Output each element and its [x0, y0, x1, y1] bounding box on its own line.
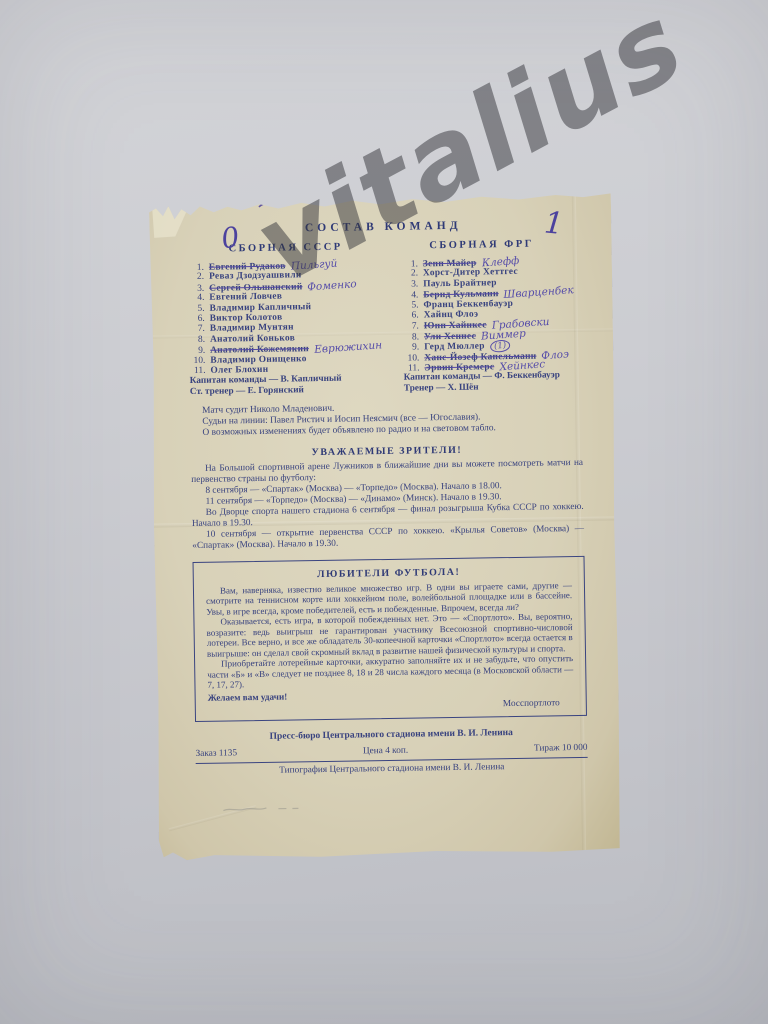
- roster-frg: 1.Зепп МайерКлефф2.Хорст-Дитер Хеттгес3.…: [402, 256, 582, 373]
- player-number: 7.: [189, 324, 205, 335]
- handwritten-substitution: Клефф: [481, 256, 519, 269]
- player-number: 6.: [189, 314, 205, 325]
- sportloto-box: ЛЮБИТЕЛИ ФУТБОЛА! Вам, наверняка, извест…: [193, 555, 587, 721]
- imprint-row: Заказ 1135 Цена 4 коп. Тираж 10 000: [195, 742, 587, 758]
- referees-block: Матч судит Николо Младенович. Судьи на л…: [190, 400, 582, 439]
- player-name: Реваз Дзодзуашвили: [209, 271, 302, 283]
- player-number: 3.: [402, 279, 418, 290]
- player-number: 11.: [189, 366, 205, 377]
- player-number: 4.: [188, 293, 204, 304]
- player-name: Анатолий Коньков: [210, 333, 295, 345]
- handwritten-substitution: Фоменко: [307, 279, 357, 293]
- team-header-ussr: СБОРНАЯ СССР: [188, 241, 384, 255]
- player-name: Хорст-Дитер Хеттгес: [423, 267, 518, 279]
- roster-ussr: 1.Евгений РудаковПильгуй2.Реваз Дзодзуаш…: [188, 259, 388, 376]
- player-number: 5.: [188, 303, 204, 314]
- printing-house-line: Типография Центрального стадиона имени В…: [196, 760, 588, 776]
- pencil-mark: [222, 804, 300, 813]
- player-number: 6.: [403, 310, 419, 321]
- price: Цена 4 коп.: [363, 745, 408, 756]
- player-name: Владимир Онищенко: [210, 354, 306, 366]
- handwritten-substitution: Флоэ: [541, 349, 569, 361]
- player-number: 10.: [403, 353, 419, 364]
- team-headers: СБОРНАЯ СССР СБОРНАЯ ФРГ: [188, 238, 580, 255]
- player-name: Пауль Брайтнер: [423, 278, 497, 290]
- press-bureau-line: Пресс-бюро Центрального стадиона имени В…: [195, 726, 587, 742]
- order-number: Заказ 1135: [195, 748, 237, 759]
- coach-frg: Тренер — Х. Шён: [404, 381, 582, 395]
- roster-columns: 1.Евгений РудаковПильгуй2.Реваз Дзодзуаш…: [188, 256, 582, 376]
- sportloto-para: Приобретайте лотерейные карточки, аккура…: [207, 653, 573, 690]
- circulation: Тираж 10 000: [534, 742, 588, 753]
- spectators-title: УВАЖАЕМЫЕ ЗРИТЕЛИ!: [191, 443, 583, 460]
- player-name-crossed-out: Юпп Хайнкес: [424, 321, 487, 332]
- player-number: 2.: [188, 272, 204, 283]
- player-number: 8.: [189, 335, 205, 346]
- player-number: 10.: [189, 355, 205, 366]
- player-number: 8.: [403, 332, 419, 343]
- page-content: 0 1 СОСТАВ КОМАНД СБОРНАЯ СССР СБОРНАЯ Ф…: [149, 193, 621, 860]
- sportloto-para: Оказывается, есть игра, в которой побежд…: [206, 611, 573, 659]
- page-title: СОСТАВ КОМАНД: [187, 218, 579, 236]
- player-number: 9.: [403, 343, 419, 354]
- coach-ussr: Ст. тренер — Е. Горянский: [190, 384, 388, 398]
- player-number: 2.: [402, 269, 418, 280]
- player-number: 5.: [402, 300, 418, 311]
- player-name: Франц Беккенбауэр: [423, 299, 513, 311]
- player-number: 7.: [403, 322, 419, 333]
- handwritten-substitution: Хейнкес: [499, 359, 545, 372]
- programme-page: 0 1 СОСТАВ КОМАНД СБОРНАЯ СССР СБОРНАЯ Ф…: [149, 193, 621, 860]
- sportloto-title: ЛЮБИТЕЛИ ФУТБОЛА!: [206, 565, 572, 582]
- handwritten-score-away: 1: [543, 206, 565, 243]
- player-name: Хайнц Флоэ: [424, 309, 479, 320]
- pen-scribble-icon: [257, 195, 309, 212]
- photo-background: 0 1 СОСТАВ КОМАНД СБОРНАЯ СССР СБОРНАЯ Ф…: [0, 0, 768, 1024]
